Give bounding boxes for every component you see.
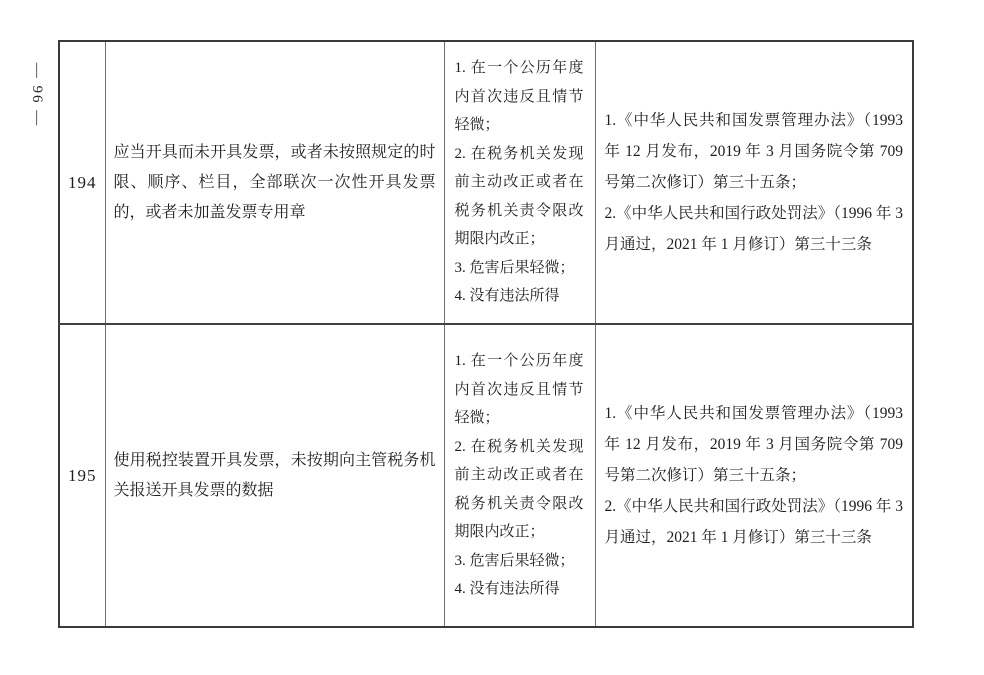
table-row-195: 195 使用税控装置开具发票，未按期向主管税务机关报送开具发票的数据 1. 在一… <box>59 324 913 627</box>
document-page: — 96 — 194 应当开具而未开具发票，或者未按照规定的时限、顺序、栏目，全… <box>0 0 984 675</box>
circumstance-item: 2. 在税务机关发现前主动改正或者在税务机关责令限改期限内改正； <box>455 433 584 547</box>
legal-basis-cell: 1.《中华人民共和国发票管理办法》（1993 年 12 月发布，2019 年 3… <box>595 324 913 627</box>
row-number-cell: 194 <box>59 41 105 324</box>
row-number-cell: 195 <box>59 324 105 627</box>
violations-table: 194 应当开具而未开具发票，或者未按照规定的时限、顺序、栏目，全部联次一次性开… <box>58 40 914 628</box>
circumstance-item: 4. 没有违法所得 <box>455 282 584 311</box>
violation-cell: 使用税控装置开具发票，未按期向主管税务机关报送开具发票的数据 <box>105 324 444 627</box>
violation-text: 使用税控装置开具发票，未按期向主管税务机关报送开具发票的数据 <box>114 446 436 506</box>
circumstance-item: 3. 危害后果轻微； <box>455 547 584 576</box>
violation-text: 应当开具而未开具发票，或者未按照规定的时限、顺序、栏目，全部联次一次性开具发票的… <box>114 138 436 228</box>
legal-basis-item: 2.《中华人民共和国行政处罚法》（1996 年 3 月通过，2021 年 1 月… <box>605 491 904 553</box>
circumstances-cell: 1. 在一个公历年度内首次违反且情节轻微； 2. 在税务机关发现前主动改正或者在… <box>444 324 595 627</box>
circumstances-cell: 1. 在一个公历年度内首次违反且情节轻微； 2. 在税务机关发现前主动改正或者在… <box>444 41 595 324</box>
circumstance-item: 3. 危害后果轻微； <box>455 254 584 283</box>
table-row-194: 194 应当开具而未开具发票，或者未按照规定的时限、顺序、栏目，全部联次一次性开… <box>59 41 913 324</box>
legal-basis-item: 1.《中华人民共和国发票管理办法》（1993 年 12 月发布，2019 年 3… <box>605 398 904 491</box>
page-number: — 96 — <box>25 50 45 140</box>
legal-basis-item: 2.《中华人民共和国行政处罚法》（1996 年 3 月通过，2021 年 1 月… <box>605 198 904 260</box>
circumstance-item: 4. 没有违法所得 <box>455 575 584 604</box>
circumstance-item: 1. 在一个公历年度内首次违反且情节轻微； <box>455 347 584 433</box>
violation-cell: 应当开具而未开具发票，或者未按照规定的时限、顺序、栏目，全部联次一次性开具发票的… <box>105 41 444 324</box>
legal-basis-item: 1.《中华人民共和国发票管理办法》（1993 年 12 月发布，2019 年 3… <box>605 105 904 198</box>
circumstance-item: 2. 在税务机关发现前主动改正或者在税务机关责令限改期限内改正； <box>455 140 584 254</box>
circumstance-item: 1. 在一个公历年度内首次违反且情节轻微； <box>455 54 584 140</box>
legal-basis-cell: 1.《中华人民共和国发票管理办法》（1993 年 12 月发布，2019 年 3… <box>595 41 913 324</box>
